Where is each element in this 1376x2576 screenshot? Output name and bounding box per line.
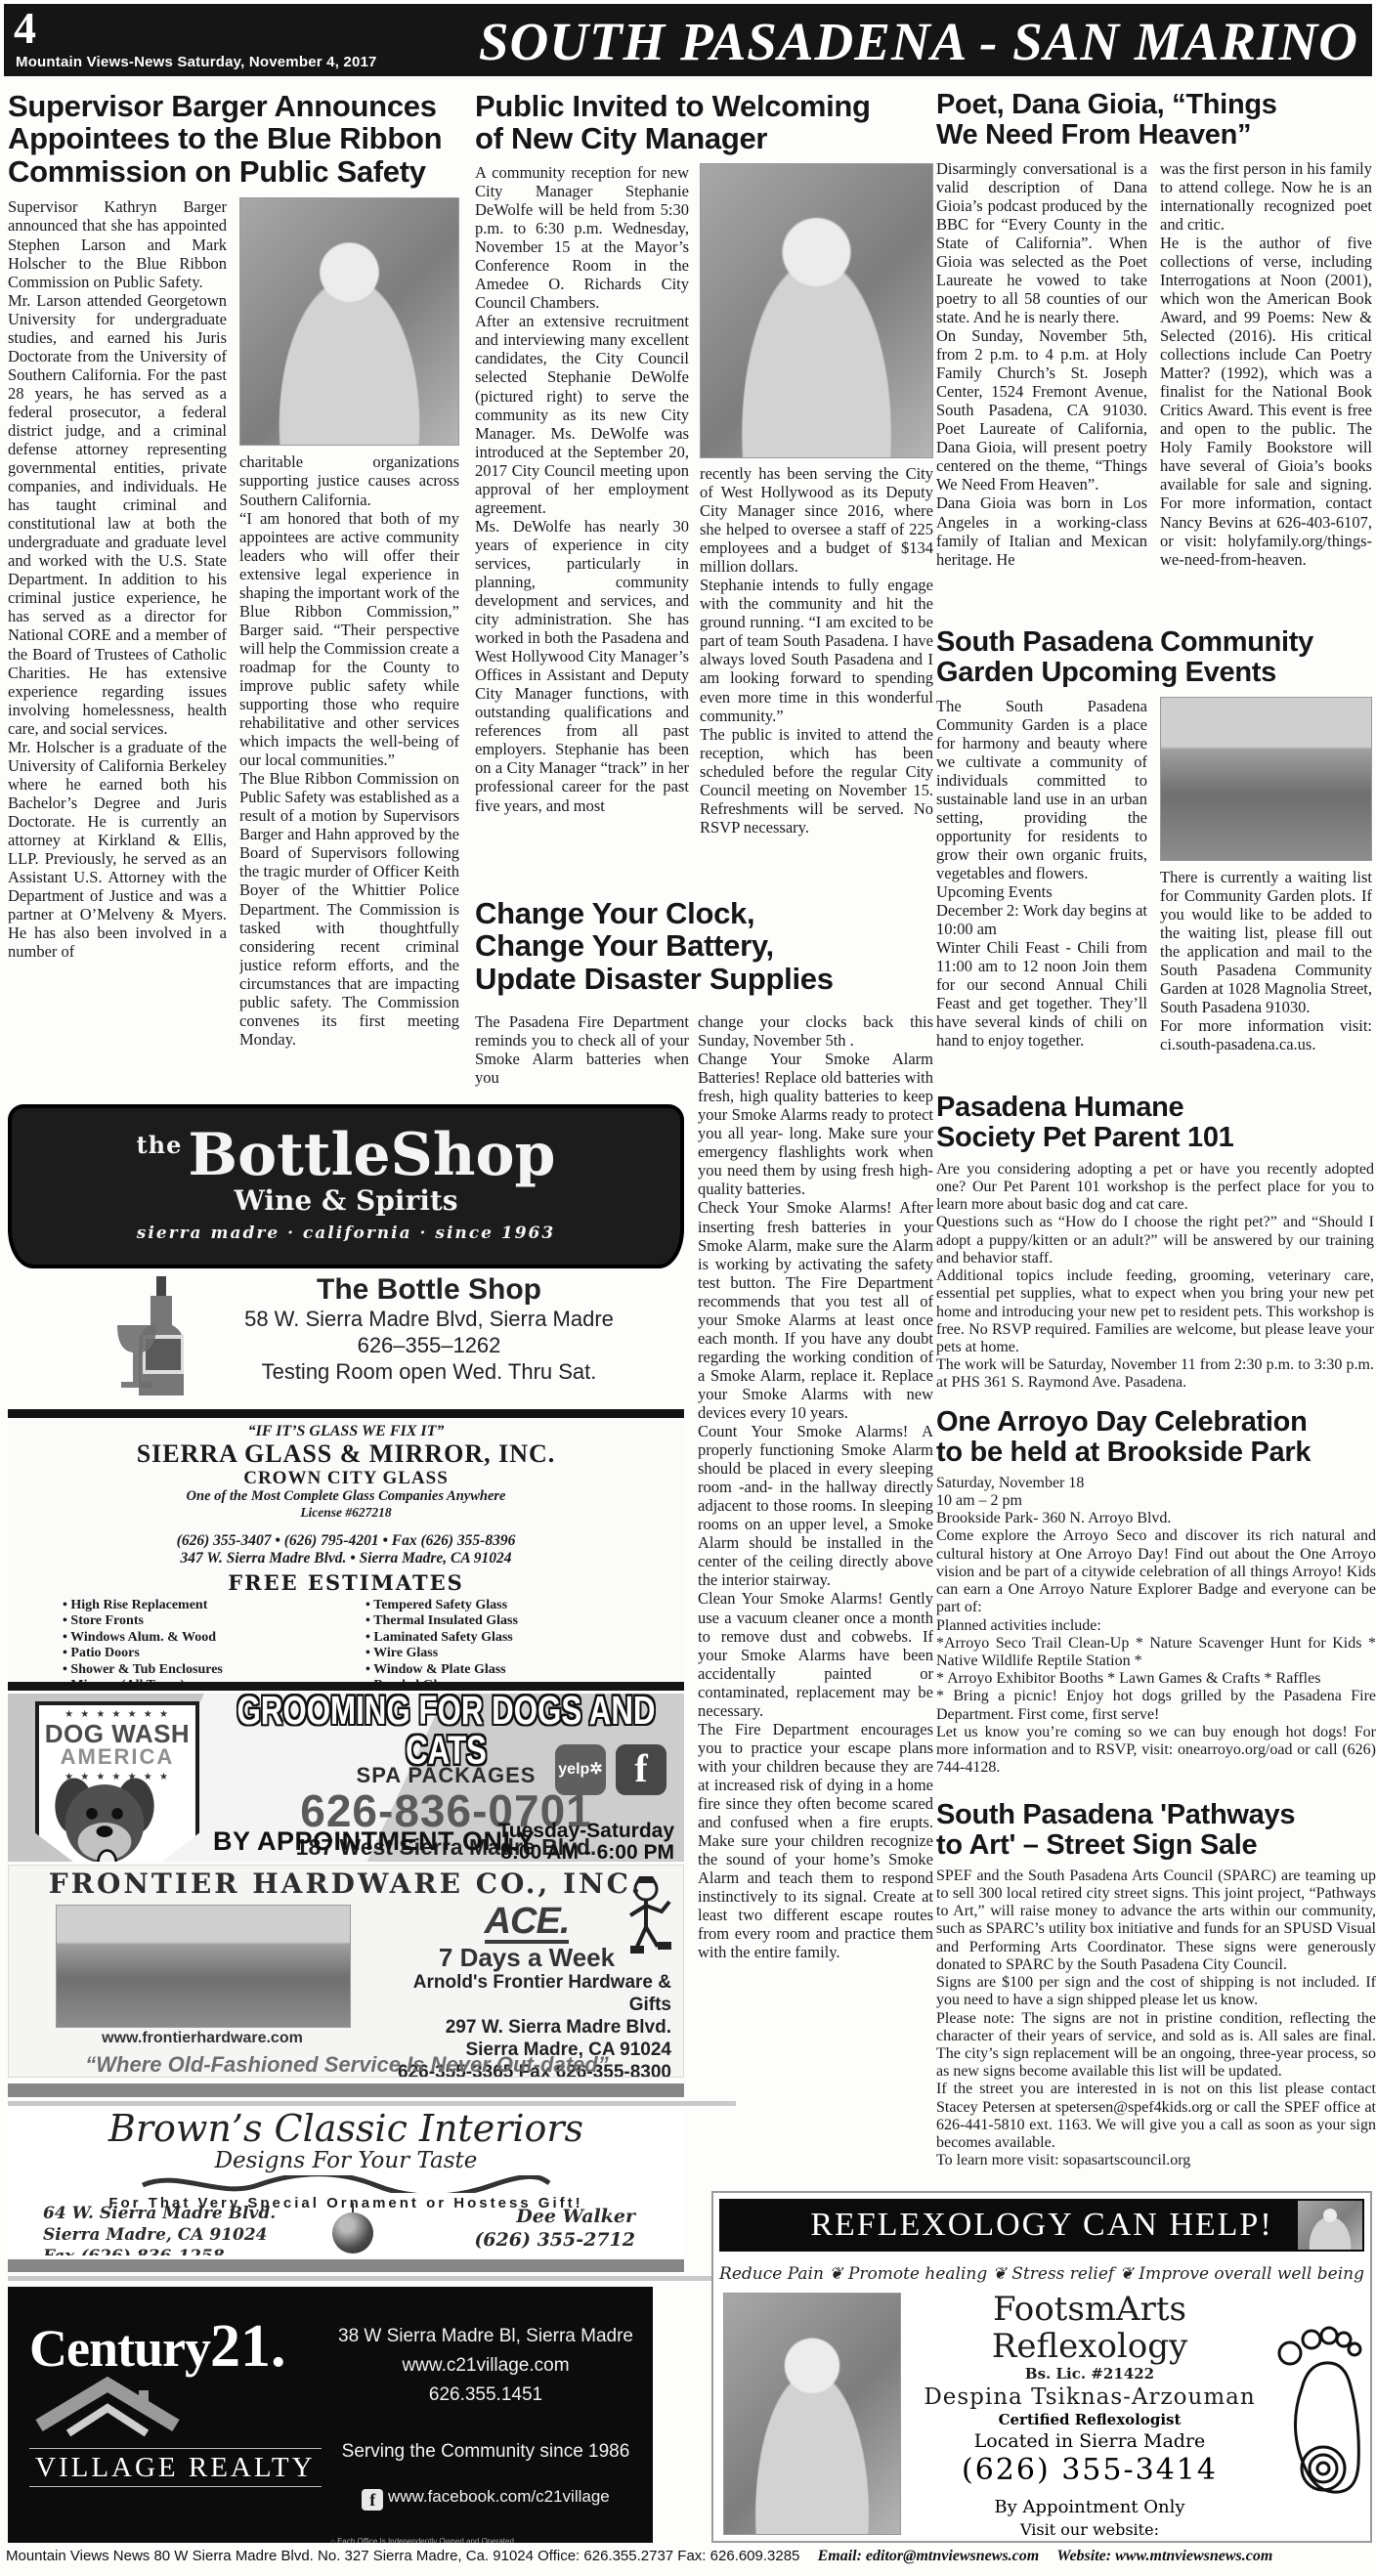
frontier-days: 7 Days a Week	[380, 1944, 673, 1971]
article-arroyo-body: Saturday, November 18 10 am – 2 pm Brook…	[936, 1475, 1376, 1785]
article-barger: Supervisor Barger Announces Appointees t…	[8, 90, 459, 1081]
sierra-glass-list-right: • Tempered Safety Glass • Thermal Insula…	[365, 1598, 629, 1691]
bottle-shop-logo-panel: theBottleShop Wine & Spirits sierra madr…	[8, 1104, 684, 1268]
sierra-glass-address: 347 W. Sierra Madre Blvd. • Sierra Madre…	[8, 1550, 684, 1567]
sierra-glass-phones: (626) 355-3407 • (626) 795-4201 • Fax (6…	[8, 1532, 684, 1550]
divider-bar	[8, 2259, 684, 2272]
sierra-glass-estimates: FREE ESTIMATES	[8, 1571, 684, 1595]
barger-photo	[239, 197, 459, 446]
frontier-tagline: “Where Old-Fashioned Service Is Never Ou…	[9, 2053, 684, 2077]
article-clock-intro: The Pasadena Fire Department reminds you…	[475, 1012, 689, 1095]
yelp-icon: yelp✲	[555, 1744, 606, 1795]
footer-main: Mountain Views News 80 W Sierra Madre Bl…	[6, 2548, 799, 2564]
reflexology-license: Bs. Lic. #21422	[909, 2365, 1270, 2383]
bottle-shop-logo: theBottleShop	[12, 1116, 680, 1184]
newspaper-page: 4 Mountain Views-News Saturday, November…	[0, 0, 1376, 2576]
article-city-manager-col2: recently has been serving the City of We…	[700, 464, 933, 882]
page-header: 4 Mountain Views-News Saturday, November…	[4, 4, 1372, 76]
article-barger-col2: charitable organizations supporting just…	[239, 452, 459, 1064]
sierra-glass-list-left: • High Rise Replacement • Store Fronts •…	[63, 1598, 326, 1691]
reflexology-name: FootsmArts Reflexology	[909, 2291, 1270, 2365]
hands-photo	[1298, 2201, 1362, 2250]
reflexology-website: www.footsmarts-reflexology.com	[937, 2541, 1243, 2543]
divider-bar	[8, 2083, 684, 2097]
ad-browns-interiors: Brown’s Classic Interiors Designs For Yo…	[8, 2109, 684, 2255]
bottle-shop-name: The Bottle Shop	[174, 1274, 684, 1306]
frontier-store-photo	[56, 1905, 351, 2028]
browns-address: 64 W. Sierra Madre Blvd. Sierra Madre, C…	[43, 2203, 276, 2255]
bottle-shop-phone: 626–355–1262	[174, 1332, 684, 1358]
bottle-shop-info: The Bottle Shop 58 W. Sierra Madre Blvd,…	[8, 1274, 684, 1401]
article-pathways-body: SPEF and the South Pasadena Arts Council…	[936, 1868, 1376, 2172]
reflexology-banner: REFLEXOLOGY CAN HELP!	[719, 2199, 1364, 2252]
reflexology-appointment: By Appointment Only	[909, 2496, 1270, 2518]
ad-frontier-hardware: FRONTIER HARDWARE CO., INC. www.frontier…	[8, 1865, 684, 2078]
article-garden-headline: South Pasadena Community Garden Upcoming…	[936, 627, 1372, 689]
reflexology-cert: Certified Reflexologist	[909, 2411, 1270, 2429]
footer-website: Website: www.mtnviewsnews.com	[1056, 2548, 1272, 2564]
frontier-website: www.frontierhardware.com	[56, 2030, 349, 2047]
article-humane-body: Are you considering adopting a pet or ha…	[936, 1161, 1374, 1392]
century21-website: www.c21village.com	[330, 2351, 641, 2381]
frontier-name: FRONTIER HARDWARE CO., INC.	[9, 1869, 683, 1899]
ornament-icon	[330, 2203, 375, 2252]
sierra-glass-license: License #627218	[8, 1505, 684, 1521]
page-number: 4	[14, 6, 36, 51]
dog-face-icon	[41, 1764, 168, 1862]
century21-phone: 626.355.1451	[330, 2381, 641, 2410]
article-pathways: South Pasadena 'Pathways to Art' – Stree…	[936, 1800, 1376, 2183]
ad-century21: Century21. VILLAGE REALTY 38 W Sierra Ma…	[8, 2287, 653, 2543]
sierra-glass-desc: One of the Most Complete Glass Companies…	[8, 1488, 684, 1505]
reflexology-benefits: Reduce Pain ❦ Promote healing ❦ Stress r…	[719, 2263, 1364, 2285]
footer-email: Email: editor@mtnviewsnews.com	[818, 2548, 1040, 2564]
dog-wash-hours: Tuesday-Saturday 8:00 AM - 6:00 PM	[498, 1821, 675, 1862]
article-gioia-col1: Disarmingly conversational is a valid de…	[936, 159, 1147, 617]
article-city-manager-headline: Public Invited to Welcoming of New City …	[475, 90, 933, 155]
article-arroyo: One Arroyo Day Celebration to be held at…	[936, 1407, 1376, 1794]
article-barger-col1: Supervisor Kathryn Barger announced that…	[8, 197, 227, 1065]
article-gioia-headline: Poet, Dana Gioia, “Things We Need From H…	[936, 90, 1372, 151]
garden-photo	[1160, 697, 1372, 861]
reflexology-visit: Visit our website:	[909, 2518, 1270, 2541]
bottle-shop-note: Testing Room open Wed. Thru Sat.	[174, 1358, 684, 1385]
article-humane: Pasadena Humane Society Pet Parent 101 A…	[936, 1093, 1374, 1401]
century21-fineprint: ⌂ Each Office Is Independently Owned and…	[330, 2537, 641, 2543]
century21-info: 38 W Sierra Madre Bl, Sierra Madre www.c…	[330, 2322, 641, 2543]
divider-line	[8, 2101, 736, 2106]
section-title: SOUTH PASADENA - SAN MARINO	[479, 12, 1358, 72]
masthead-dateline: Mountain Views-News Saturday, November 4…	[16, 55, 377, 69]
ad-reflexology: REFLEXOLOGY CAN HELP! Reduce Pain ❦ Prom…	[711, 2191, 1372, 2543]
article-pathways-headline: South Pasadena 'Pathways to Art' – Stree…	[936, 1800, 1376, 1862]
ad-dog-wash: ★ ★ ★ ★ ★ ★ ★ DOG WASH AMERICA ★ ★ ★ ★ ★…	[8, 1694, 684, 1862]
article-humane-headline: Pasadena Humane Society Pet Parent 101	[936, 1093, 1374, 1154]
article-gioia-col2: was the first person in his family to at…	[1160, 159, 1372, 617]
article-clock-headline: Change Your Clock, Change Your Battery, …	[475, 897, 934, 995]
article-city-manager: Public Invited to Welcoming of New City …	[475, 90, 933, 893]
century21-logo: Century21. VILLAGE REALTY	[29, 2320, 322, 2487]
sierra-glass-name: SIERRA GLASS & MIRROR, INC.	[8, 1440, 684, 1468]
page-footer: Mountain Views News 80 W Sierra Madre Bl…	[6, 2547, 1374, 2572]
century21-address: 38 W Sierra Madre Bl, Sierra Madre	[330, 2322, 641, 2351]
sierra-glass-sub: CROWN CITY GLASS	[8, 1468, 684, 1488]
house-roof-icon	[29, 2377, 205, 2437]
foot-icon	[1272, 2320, 1362, 2523]
bottle-shop-address: 58 W. Sierra Madre Blvd, Sierra Madre	[174, 1306, 684, 1332]
sierra-glass-tagline: “IF IT’S GLASS WE FIX IT”	[8, 1423, 684, 1440]
article-garden: South Pasadena Community Garden Upcoming…	[936, 627, 1372, 1085]
wine-bottle-icon	[113, 1274, 195, 1397]
article-garden-col2: There is currently a waiting list for Co…	[1160, 868, 1372, 1075]
divider-line	[8, 2276, 736, 2281]
ace-logo: ACE.	[485, 1901, 570, 1942]
reflexology-location: Located in Sierra Madre	[909, 2429, 1270, 2453]
article-garden-col1: The South Pasadena Community Garden is a…	[936, 697, 1147, 1076]
swirl-divider	[141, 2175, 551, 2193]
ad-bottle-shop: theBottleShop Wine & Spirits sierra madr…	[8, 1102, 684, 1403]
dewolfe-photo	[700, 163, 933, 458]
article-gioia: Poet, Dana Gioia, “Things We Need From H…	[936, 90, 1372, 625]
bottle-shop-logo-tagline: sierra madre · california · since 1963	[12, 1224, 680, 1243]
reflexologist-photo	[723, 2293, 901, 2535]
bottle-shop-logo-sub: Wine & Spirits	[12, 1186, 680, 1216]
century21-facebook: f www.facebook.com/c21village	[330, 2482, 641, 2512]
article-city-manager-col1: A community reception for new City Manag…	[475, 163, 689, 886]
browns-contact: Dee Walker (626) 355-2712	[474, 2205, 635, 2252]
article-barger-headline: Supervisor Barger Announces Appointees t…	[8, 90, 459, 188]
ad-sierra-glass: “IF IT’S GLASS WE FIX IT” SIERRA GLASS &…	[8, 1409, 684, 1691]
dog-wash-appointment: BY APPOINTMENT ONLY	[213, 1826, 536, 1856]
reflexology-person: Despina Tsiknas-Arzouman	[909, 2383, 1270, 2411]
article-clock-continuation: change your clocks back this Sunday, Nov…	[698, 1012, 933, 2177]
century21-village-realty: VILLAGE REALTY	[29, 2448, 322, 2487]
article-clock-headline-block: Change Your Clock, Change Your Battery, …	[475, 897, 934, 1007]
facebook-icon: f	[616, 1744, 666, 1795]
article-arroyo-headline: One Arroyo Day Celebration to be held at…	[936, 1407, 1376, 1469]
browns-name: Brown’s Classic Interiors	[8, 2109, 684, 2148]
century21-tagline: Serving the Community since 1986	[330, 2437, 641, 2467]
browns-sub: Designs For Your Taste	[8, 2148, 684, 2173]
facebook-icon: f	[362, 2489, 383, 2511]
reflexology-phone: (626) 355-3414	[909, 2453, 1270, 2488]
dog-wash-logo-line1: DOG WASH	[39, 1721, 195, 1746]
